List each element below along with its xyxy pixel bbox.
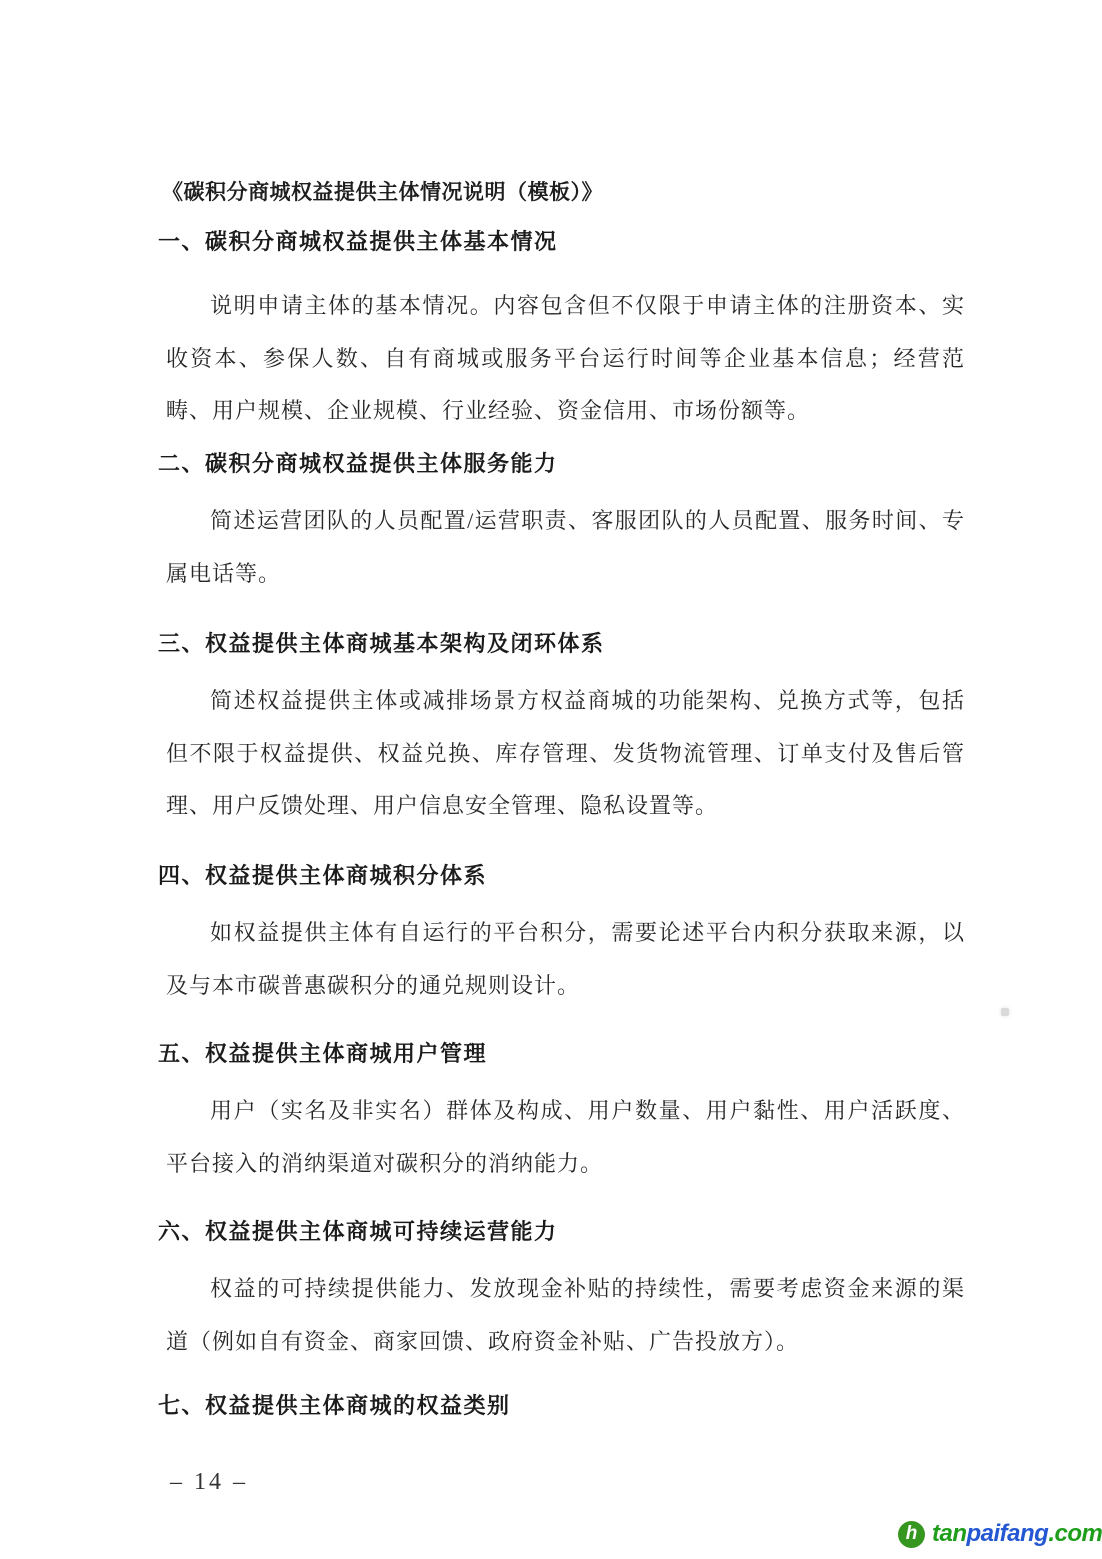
section-2-body: 简述运营团队的人员配置/运营职责、客服团队的人员配置、服务时间、专属电话等。	[166, 495, 965, 600]
section-6-heading: 六、权益提供主体商城可持续运营能力	[158, 1219, 558, 1245]
section-1-body: 说明申请主体的基本情况。内容包含但不仅限于申请主体的注册资本、实收资本、参保人数…	[166, 280, 965, 438]
watermark-text: tanpaifang.com	[932, 1520, 1102, 1548]
section-4-body: 如权益提供主体有自运行的平台积分，需要论述平台内积分获取来源，以及与本市碳普惠碳…	[166, 907, 965, 1012]
section-4-heading: 四、权益提供主体商城积分体系	[158, 863, 487, 889]
section-7-heading: 七、权益提供主体商城的权益类别	[158, 1393, 511, 1419]
tanpaifang-logo-icon: h	[898, 1521, 925, 1548]
document-page: 《碳积分商城权益提供主体情况说明（模板）》 一、碳积分商城权益提供主体基本情况 …	[0, 0, 1102, 1559]
section-6-body: 权益的可持续提供能力、发放现金补贴的持续性，需要考虑资金来源的渠道（例如自有资金…	[166, 1263, 965, 1368]
watermark-text-com: .com	[1048, 1520, 1102, 1547]
section-5-heading: 五、权益提供主体商城用户管理	[158, 1041, 487, 1067]
section-1-heading: 一、碳积分商城权益提供主体基本情况	[158, 229, 558, 255]
page-number: – 14 –	[170, 1469, 248, 1496]
watermark-text-paifang: paifang	[967, 1520, 1049, 1547]
section-3-heading: 三、权益提供主体商城基本架构及闭环体系	[158, 631, 605, 657]
section-3-body: 简述权益提供主体或减排场景方权益商城的功能架构、兑换方式等，包括但不限于权益提供…	[166, 675, 965, 833]
document-title: 《碳积分商城权益提供主体情况说明（模板）》	[162, 176, 603, 206]
watermark: h tanpaifang.com	[898, 1520, 1102, 1548]
section-5-body: 用户（实名及非实名）群体及构成、用户数量、用户黏性、用户活跃度、平台接入的消纳渠…	[166, 1085, 965, 1190]
section-2-heading: 二、碳积分商城权益提供主体服务能力	[158, 451, 558, 477]
scan-artifact	[1001, 1008, 1009, 1016]
watermark-text-tan: tan	[932, 1520, 967, 1547]
tanpaifang-logo-glyph: h	[906, 1524, 918, 1543]
